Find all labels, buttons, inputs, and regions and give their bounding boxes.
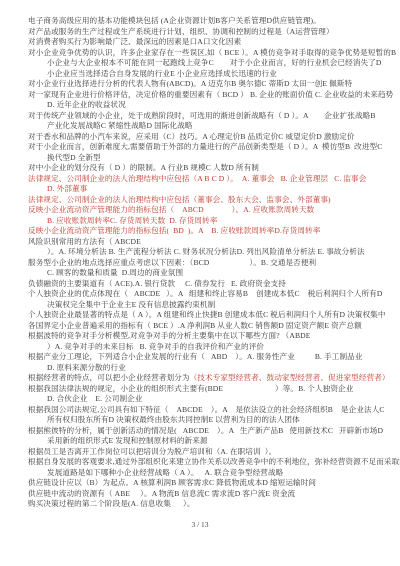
doc-text-segment: 对小企业行业选择进行分析的代表人物有(ABCD)。A 迈克尔B 奥尔德C 蒂斯D… <box>28 79 352 88</box>
doc-line: C. 顾客的数量和质量 D.周边的商业氛围 <box>28 268 396 279</box>
doc-line: 法律规定、公司制企业的法人治理结构中应包括（董事会、股东大会、监事会、外部董事) <box>28 195 396 206</box>
doc-text-segment: 决策权完全集中于企业主E 没有信息披露约束机制 <box>47 300 215 309</box>
doc-line: D. 近年企业的收益状况 <box>28 100 396 111</box>
doc-line: 根据员工是否离开工作岗位可以把培训分为脱产培训和（A. 在职培训 ）。 <box>28 447 396 458</box>
doc-text-segment: 对中小企业的划分没有（ D ）的限制。A 行业B 规模C 人数D 所有制 <box>28 163 259 172</box>
doc-line: 对一家现有企业进行价格评估，决定价格的重要因素有（ BCD ） B. 企业的账面… <box>28 90 396 101</box>
doc-text-segment: 根据自身发展的客观要求,通过外部组织化来建立协作关系以改善竞争中的不利地位，弥补… <box>28 457 400 466</box>
doc-text-segment: 反映小企业流动资产管理能力的指标包括( BD )。A B. 应收账款周转率D.存… <box>28 226 320 235</box>
doc-line: 小企业应当选择适合自身发展的行业E 小企业应选择成长迅速的行业 <box>28 69 396 80</box>
doc-text-segment: 各国界定小企业普遍采用的指标有（ BCE ）.A 净利润B 从业人数C 销售额D… <box>28 321 362 330</box>
doc-text-segment: 对于小企业而言，创新难度大,需要借助于外部的力量进行的产品创新类型是（ D ）。… <box>28 142 382 151</box>
doc-text-segment: 对于传统产业领域的小企业，处于成熟阶段时，可选用的渐进创新战略有（ D ）。A … <box>28 111 376 120</box>
doc-line: 反映小企业流动资产管理能力的指标包括（ ABCD ）。A. 应收账款周转天数 <box>28 205 396 216</box>
doc-text-segment: （技术专家型经营者、鼓动家型经营者、促进家型经营者） <box>190 373 390 382</box>
doc-text-segment: 根据我国公司法规定,公司具有如下特征（ ABCDE ）。A 是依法设立的社会经济… <box>28 405 385 414</box>
doc-line: 根据熊彼特的分析，属于创新活动的情况是( ABCDE ）。A 生产新产品B 使用… <box>28 426 396 437</box>
doc-line: ）。A. 环境分析法 B. 生产流程分析法 C. 财务状况分析法D. 列出风险清… <box>28 247 396 258</box>
doc-text-segment: 根据经营者的特点，可以把小企业经营者划分为 <box>28 373 190 382</box>
doc-line: 小企业与大企业根本不可能在同一起跑线上竞争C 对于小企业而言，好的行业机会已经消… <box>28 58 396 69</box>
doc-line: 法律规定、公司制企业的法人治理结构中应包括（A B C D ）。 A. 董事会 … <box>28 174 396 185</box>
doc-text-segment: 小企业应当选择适合自身发展的行业E 小企业应选择成长迅速的行业 <box>47 69 277 78</box>
doc-line: 对于传统产业领域的小企业，处于成熟阶段时，可选用的渐进创新战略有（ D ）。A … <box>28 111 396 122</box>
doc-line: 风险识别常用的方法有（ ABCDE <box>28 237 396 248</box>
doc-text-segment: 小企业与大企业根本不可能在同一起跑线上竞争C 对于小企业而言，好的行业机会已经消… <box>47 58 381 67</box>
doc-line: 个人独资企业的优点体现在（ ABCDE ）。A 组建和终止容易B 创建成本低C … <box>28 289 396 300</box>
doc-text-segment: C. 顾客的数量和质量 D.周边的商业氛围 <box>47 268 183 277</box>
doc-text-segment: 服务型小企业的地点选择应重点考虑以下因素：（BCD ）。B. 交通是否便利 <box>28 258 316 267</box>
doc-text-segment: D. 外部董事 <box>47 184 87 193</box>
doc-line: 根据波特的竞争对手分析模型,对竞争对手的分析主要集中在以下哪些方面? （ABDE <box>28 331 396 342</box>
doc-text-segment: 发展道路是如下哪种小企业经营战略（ A ）。 A. 联合竞争型经营战略 <box>47 468 283 477</box>
doc-line: 供应链中流动的资源有（ ABE ）。A 物流B 信息流C 需求流D 客户流E 资… <box>28 489 396 500</box>
doc-line: 供应链设计应以（B）为起点。A 核算利润B 顾客需求C 降低物流成本D 缩短运输… <box>28 478 396 489</box>
doc-text-segment: 供应链中流动的资源有（ ABE ）。A 物流B 信息流C 需求流D 客户流E 资… <box>28 489 295 498</box>
doc-text-segment: 产业化发展战略C 紧缩性战略D 国际化战略 <box>47 121 193 130</box>
doc-text-segment: 换代型D 全新型 <box>47 153 101 162</box>
doc-text-segment: 根据熊彼特的分析，属于创新活动的情况是( ABCDE ）。A 生产新产品B 使用… <box>28 426 383 435</box>
document-page: 电子商务高级应用的基本功能模块包括 (A企业资源计划B客户关系管理D供应链管理)… <box>0 0 400 566</box>
doc-line: 根据自身发展的客观要求,通过外部组织化来建立协作关系以改善竞争中的不利地位，弥补… <box>28 457 396 468</box>
doc-line: B. 应收账款周转率C. 存货周转天数 D. 存货周转率 <box>28 216 396 227</box>
doc-line: 所有权归股东所有D 决策权最终由股东共同控制E 以营利为目的的法人团体 <box>28 415 396 426</box>
doc-text-segment: 法律规定、公司制企业的法人治理结构中应包括（董事会、股东大会、监事会、外部董事) <box>28 195 331 204</box>
doc-text-segment: 个人独资企业最显著的特点是（ A ）。A 组建和终止快捷B 创建成本低C 税后利… <box>28 310 386 319</box>
doc-text-segment: 供应链设计应以（B）为起点。A 核算利润B 顾客需求C 降低物流成本D 缩短运输… <box>28 478 316 487</box>
doc-line: 产业化发展战略C 紧缩性战略D 国际化战略 <box>28 121 396 132</box>
doc-text-segment: 根据波特的竞争对手分析模型,对竞争对手的分析主要集中在以下哪些方面? （ABDE <box>28 331 310 340</box>
page-number: 3 / 13 <box>0 520 400 529</box>
doc-text-segment: D. 原料来源分散的行业 <box>47 363 126 372</box>
doc-text-segment: 对小企业竞争优势的认识，许多企业家存在一些误区,如（ BCE ）。A 模仿竞争对… <box>28 48 396 57</box>
doc-line: 对中小企业的划分没有（ D ）的限制。A 行业B 规模C 人数D 所有制 <box>28 163 396 174</box>
doc-line: 换代型D 全新型 <box>28 153 396 164</box>
doc-line: 对小企业行业选择进行分析的代表人物有(ABCD)。A 迈克尔B 奥尔德C 蒂斯D… <box>28 79 396 90</box>
doc-text-segment: 风险识别常用的方法有（ ABCDE <box>28 237 141 246</box>
doc-line: 负债融资的主要渠道有（ ACE).A. 银行贷款 C. 债券发行 E. 政府资金… <box>28 279 396 290</box>
doc-line: 采用新的组织形式E 发现和控制原材料的新来源 <box>28 436 396 447</box>
doc-line: 对于香水和品牌的小汽车来说，应采用（C）技巧。A 心理定价B 品质定价C 威望定… <box>28 132 396 143</box>
doc-text-segment: 采用新的组织形式E 发现和控制原材料的新来源 <box>47 436 208 445</box>
doc-line: 根据经营者的特点，可以把小企业经营者划分为（技术专家型经营者、鼓动家型经营者、促… <box>28 373 396 384</box>
doc-line: 购买决策过程的第二个阶段是(A. 信息收集 ）。 <box>28 499 396 510</box>
doc-line: 对小企业竞争优势的认识，许多企业家存在一些误区,如（ BCE ）。A 模仿竞争对… <box>28 48 396 59</box>
doc-line: 决策权完全集中于企业主E 没有信息披露约束机制 <box>28 300 396 311</box>
doc-text-segment: 负债融资的主要渠道有（ ACE).A. 银行贷款 C. 债券发行 E. 政府资金… <box>28 279 286 288</box>
doc-text-segment: B. 应收账款周转率C. 存货周转天数 D. 存货周转率 <box>47 216 217 225</box>
doc-text-segment: 根据我国法律法规的规定，小企业的组织形式主要有(BDE ）等。B. 个人独资企业 <box>28 384 353 393</box>
doc-line: 个人独资企业最显著的特点是（ A ）。A 组建和终止快捷B 创建成本低C 税后利… <box>28 310 396 321</box>
doc-line: 对产品或服务的生产过程或生产系统进行计划、组织、协调和控制的过程是（A运营管理） <box>28 27 396 38</box>
doc-text-segment: 根据员工是否离开工作岗位可以把培训分为脱产培训和（A. 在职培训 ）。 <box>28 447 276 456</box>
doc-line: 各国界定小企业普遍采用的指标有（ BCE ）.A 净利润B 从业人数C 销售额D… <box>28 321 396 332</box>
doc-line: 发展道路是如下哪种小企业经营战略（ A ）。 A. 联合竞争型经营战略 <box>28 468 396 479</box>
doc-line: D. 外部董事 <box>28 184 396 195</box>
doc-text-segment: D. 合伙企业 E. 公司制企业 <box>47 394 143 403</box>
doc-text-segment: 所有权归股东所有D 决策权最终由股东共同控制E 以营利为目的的法人团体 <box>47 415 300 424</box>
doc-line: 对于小企业而言，创新难度大,需要借助于外部的力量进行的产品创新类型是（ D ）。… <box>28 142 396 153</box>
document-text: 电子商务高级应用的基本功能模块包括 (A企业资源计划B客户关系管理D供应链管理)… <box>28 16 396 510</box>
doc-text-segment: 购买决策过程的第二个阶段是(A. 信息收集 ）。 <box>28 499 195 508</box>
doc-line: 根据产业分工理论，下列适合小企业发展的行业有（ ABD ）。A. 服务性产业 B… <box>28 352 396 363</box>
doc-line: 根据我国法律法规的规定，小企业的组织形式主要有(BDE ）等。B. 个人独资企业 <box>28 384 396 395</box>
doc-line: ）A. 竞争对手的未来目标 B. 竞争对手的自我评价和产业的评价 <box>28 342 396 353</box>
doc-text-segment: 对于香水和品牌的小汽车来说，应采用（C）技巧。A 心理定价B 品质定价C 威望定… <box>28 132 355 141</box>
doc-line: D. 合伙企业 E. 公司制企业 <box>28 394 396 405</box>
doc-line: 根据我国公司法规定,公司具有如下特征（ ABCDE ）。A 是依法设立的社会经济… <box>28 405 396 416</box>
doc-text-segment: ）A. 竞争对手的未来目标 B. 竞争对手的自我评价和产业的评价 <box>47 342 264 351</box>
doc-text-segment: 反映小企业流动资产管理能力的指标包括（ ABCD ）。A. 应收账款周转天数 <box>28 205 314 214</box>
doc-text-segment: 法律规定、公司制企业的法人治理结构中应包括（A B C D ）。 A. 董事会 … <box>28 174 366 183</box>
doc-text-segment: 电子商务高级应用的基本功能模块包括 (A企业资源计划B客户关系管理D供应链管理)… <box>28 16 321 25</box>
doc-text-segment: D. 近年企业的收益状况 <box>47 100 126 109</box>
doc-line: 服务型小企业的地点选择应重点考虑以下因素：（BCD ）。B. 交通是否便利 <box>28 258 396 269</box>
doc-text-segment: 根据产业分工理论，下列适合小企业发展的行业有（ ABD ）。A. 服务性产业 B… <box>28 352 363 361</box>
doc-line: 反映小企业流动资产管理能力的指标包括( BD )。A B. 应收账款周转率D.存… <box>28 226 396 237</box>
doc-line: D. 原料来源分散的行业 <box>28 363 396 374</box>
doc-text-segment: ）。A. 环境分析法 B. 生产流程分析法 C. 财务状况分析法D. 列出风险清… <box>47 247 365 256</box>
doc-text-segment: 个人独资企业的优点体现在（ ABCDE ）。A 组建和终止容易B 创建成本低C … <box>28 289 382 298</box>
doc-text-segment: 对一家现有企业进行价格评估，决定价格的重要因素有（ BCD ） B. 企业的账面… <box>28 90 393 99</box>
doc-text-segment: 对产品或服务的生产过程或生产系统进行计划、组织、协调和控制的过程是（A运营管理） <box>28 27 334 36</box>
doc-text-segment: 对消费者购买行为影响最广泛、最深远的因素是口A口文化因素 <box>28 37 241 46</box>
doc-line: 电子商务高级应用的基本功能模块包括 (A企业资源计划B客户关系管理D供应链管理)… <box>28 16 396 27</box>
doc-line: 对消费者购买行为影响最广泛、最深远的因素是口A口文化因素 <box>28 37 396 48</box>
